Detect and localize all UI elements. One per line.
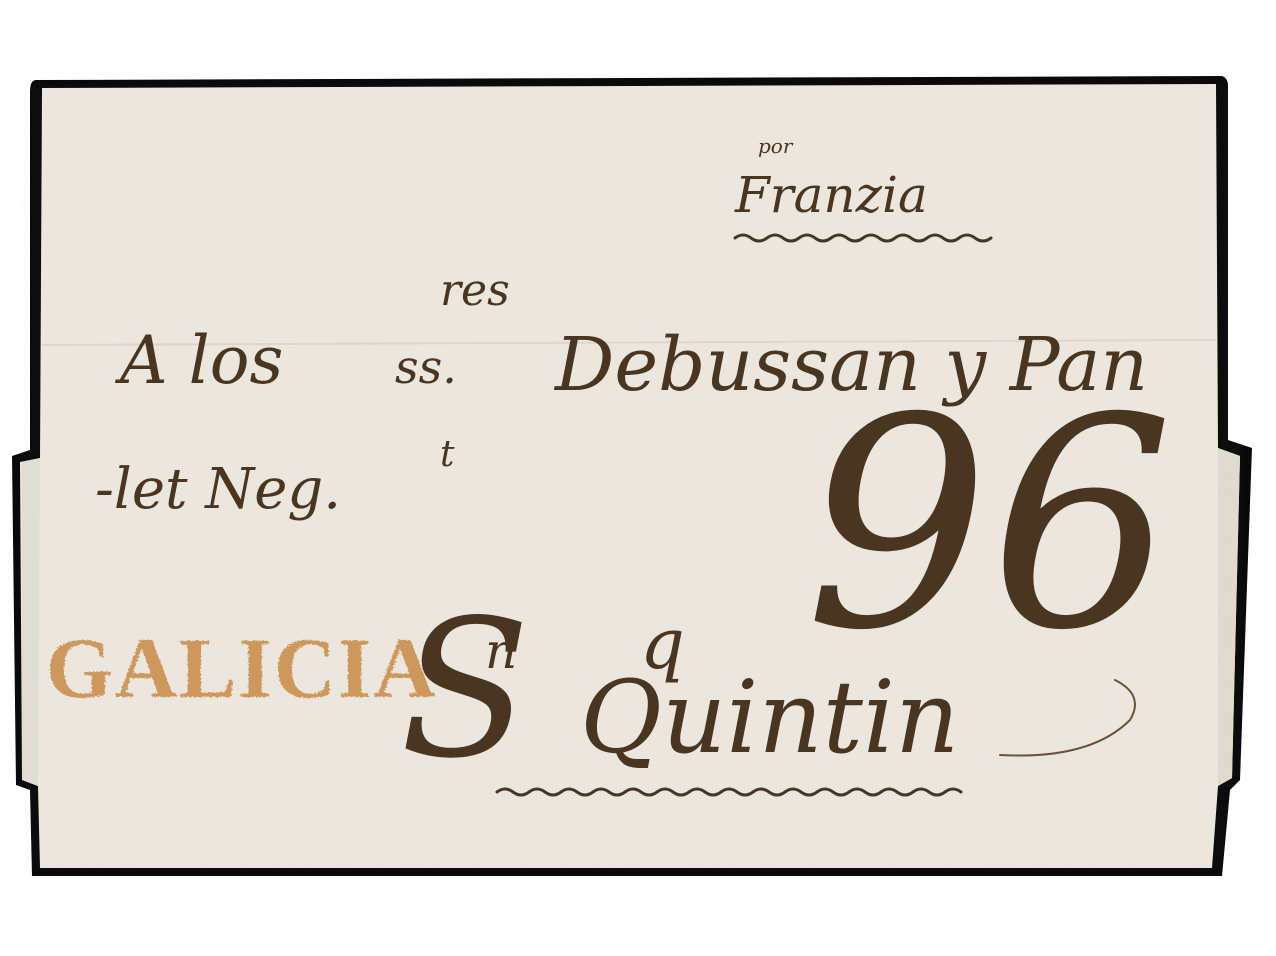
postage-rate: 96 [805,357,1174,694]
letter-illustration: por Franzia A los ss. res Debussan y Pan… [0,0,1276,956]
address-abbrev: ss. [395,340,457,394]
destination-initial: S [400,579,530,800]
address-prefix: A los [114,322,283,399]
address-superscript: res [440,265,510,316]
destination-superscript: n [485,622,517,680]
address-line-2-superscript: t [440,434,455,475]
address-line-2: -let Neg. [95,457,341,522]
route-note: Franzia [734,166,928,224]
route-note-prefix: por [758,134,794,158]
letter-photo: por Franzia A los ss. res Debussan y Pan… [0,0,1276,956]
destination: Quintin [580,659,959,776]
origin-postmark: GALICIA [46,620,438,716]
